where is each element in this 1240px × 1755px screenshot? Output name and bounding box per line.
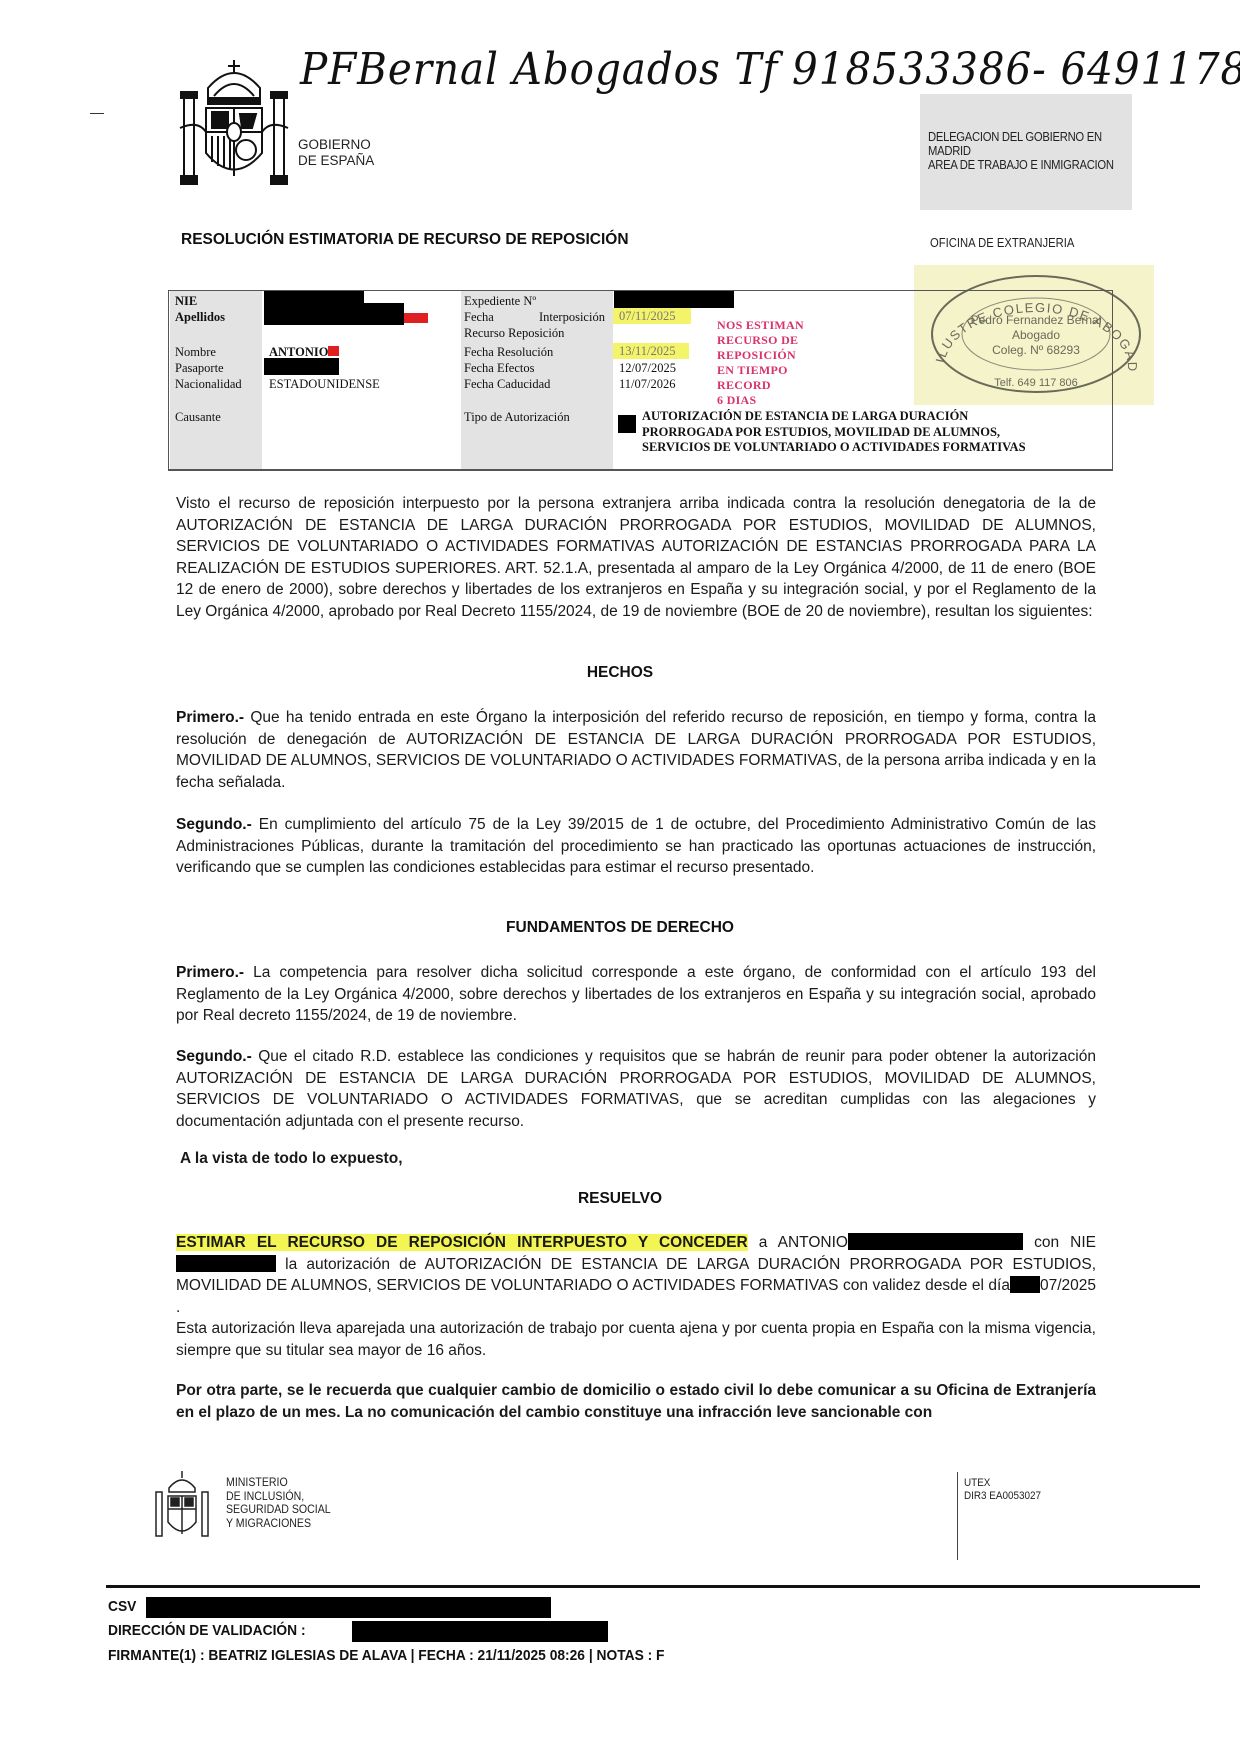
- ministry-label: MINISTERIO DE INCLUSIÓN, SEGURIDAD SOCIA…: [226, 1477, 331, 1531]
- hechos-segundo-label: Segundo.-: [176, 816, 252, 833]
- fecha-interposicion-value: 07/11/2025: [613, 308, 691, 324]
- annotation-line: EN TIEMPO: [717, 363, 804, 378]
- fecha-interposicion-label-1: Fecha: [464, 309, 494, 325]
- hechos-heading: HECHOS: [0, 664, 1240, 682]
- fundamentos-primero-text: La competencia para resolver dicha solic…: [176, 964, 1096, 1024]
- ministry-line-1: MINISTERIO: [226, 1477, 331, 1491]
- surname-redaction: [848, 1233, 1023, 1250]
- validation-redaction: [352, 1621, 608, 1642]
- tipo-autorizacion-label: Tipo de Autorización: [464, 409, 570, 425]
- delegation-text: DELEGACION DEL GOBIERNO EN MADRID AREA D…: [928, 130, 1114, 172]
- intro-paragraph: Visto el recurso de reposición interpues…: [176, 493, 1096, 622]
- ministry-coat-of-arms-icon: [153, 1470, 211, 1542]
- expediente-label: Expediente Nº: [464, 293, 536, 309]
- handwritten-annotation: NOS ESTIMAN RECURSO DE REPOSICIÓN EN TIE…: [717, 318, 804, 408]
- fundamentos-segundo-label: Segundo.-: [176, 1048, 252, 1065]
- notice-paragraph: Por otra parte, se le recuerda que cualq…: [176, 1380, 1096, 1423]
- record-table: NIE Apellidos Nombre ANTONIO Pasaporte N…: [168, 290, 1113, 471]
- resuelvo-highlighted: ESTIMAR EL RECURSO DE REPOSICIÓN INTERPU…: [176, 1234, 748, 1251]
- document-title: RESOLUCIÓN ESTIMATORIA DE RECURSO DE REP…: [181, 231, 629, 249]
- fundamentos-primero-label: Primero.-: [176, 964, 244, 981]
- annotation-line: REPOSICIÓN: [717, 348, 804, 363]
- resuelvo-part-2: con NIE: [1023, 1234, 1096, 1251]
- hechos-primero-text: Que ha tenido entrada en este Órgano la …: [176, 709, 1096, 791]
- coat-of-arms-icon: [178, 58, 290, 188]
- fecha-interposicion-label-2: Interposición: [539, 309, 605, 325]
- apellidos-label: Apellidos: [175, 309, 225, 325]
- tipo-line-2: PRORROGADA POR ESTUDIOS, MOVILIDAD DE AL…: [642, 425, 1026, 441]
- ministry-line-4: Y MIGRACIONES: [226, 1518, 331, 1532]
- utex-line-2: DIR3 EA0053027: [964, 1490, 1041, 1503]
- date-redaction: [1010, 1276, 1040, 1293]
- pasaporte-label: Pasaporte: [175, 360, 224, 376]
- hechos-primero-label: Primero.-: [176, 709, 244, 726]
- signer-line: FIRMANTE(1) : BEATRIZ IGLESIAS DE ALAVA …: [108, 1647, 664, 1664]
- fecha-resolucion-value: 13/11/2025: [613, 343, 689, 359]
- fecha-caducidad-value: 11/07/2026: [619, 376, 675, 392]
- tipo-line-1: AUTORIZACIÓN DE ESTANCIA DE LARGA DURACI…: [642, 409, 1026, 425]
- tipo-line-3: SERVICIOS DE VOLUNTARIADO O ACTIVIDADES …: [642, 440, 1026, 456]
- nacionalidad-label: Nacionalidad: [175, 376, 242, 392]
- csv-label: CSV: [108, 1598, 136, 1615]
- delegation-line-3: AREA DE TRABAJO E INMIGRACION: [928, 158, 1114, 172]
- delegation-line-2: MADRID: [928, 144, 1114, 158]
- fecha-resolucion-label: Fecha Resolución: [464, 344, 553, 360]
- nombre-red-mark: [328, 346, 339, 356]
- ministry-line-2: DE INCLUSIÓN,: [226, 1491, 331, 1505]
- hechos-segundo-text: En cumplimiento del artículo 75 de la Le…: [176, 816, 1096, 876]
- fecha-interposicion-label-3: Recurso Reposición: [464, 325, 564, 341]
- footer-divider: [957, 1472, 958, 1560]
- office-label: OFICINA DE EXTRANJERIA: [930, 236, 1074, 250]
- delegation-line-1: DELEGACION DEL GOBIERNO EN: [928, 130, 1114, 144]
- government-line-2: DE ESPAÑA: [298, 153, 374, 169]
- annotation-line: NOS ESTIMAN: [717, 318, 804, 333]
- resuelvo-work-note: Esta autorización lleva aparejada una au…: [176, 1320, 1096, 1359]
- footer-rule: [106, 1585, 1200, 1588]
- fundamentos-segundo: Segundo.- Que el citado R.D. establece l…: [176, 1046, 1096, 1132]
- hechos-segundo: Segundo.- En cumplimiento del artículo 7…: [176, 814, 1096, 879]
- utex-code: UTEX DIR3 EA0053027: [964, 1477, 1041, 1503]
- expediente-redaction: [614, 291, 734, 308]
- government-line-1: GOBIERNO: [298, 137, 374, 153]
- resuelvo-heading: RESUELVO: [0, 1190, 1240, 1208]
- government-label: GOBIERNO DE ESPAÑA: [298, 137, 374, 169]
- nie-label: NIE: [175, 293, 197, 309]
- resuelvo-part-3: la autorización de AUTORIZACIÓN DE ESTAN…: [176, 1256, 1096, 1295]
- margin-mark: [90, 113, 104, 114]
- annotation-line: RECURSO DE: [717, 333, 804, 348]
- fundamentos-segundo-text: Que el citado R.D. establece las condici…: [176, 1048, 1096, 1130]
- resuelvo-part-1: a ANTONIO: [748, 1234, 848, 1251]
- handwritten-lawyer-note: PFBernal Abogados Tf 918533386- 64911780…: [300, 44, 1240, 95]
- fecha-efectos-label: Fecha Efectos: [464, 360, 534, 376]
- apellidos-redaction: [264, 303, 404, 325]
- annotation-line: RECORD: [717, 378, 804, 393]
- nie-inline-redaction: [176, 1255, 276, 1272]
- nie-redaction: [264, 291, 364, 303]
- validation-label: DIRECCIÓN DE VALIDACIÓN :: [108, 1622, 306, 1639]
- csv-redaction: [146, 1597, 551, 1618]
- utex-line-1: UTEX: [964, 1477, 1041, 1490]
- ministry-line-3: SEGURIDAD SOCIAL: [226, 1504, 331, 1518]
- vista-line: A la vista de todo lo expuesto,: [180, 1148, 1100, 1170]
- resuelvo-paragraph: ESTIMAR EL RECURSO DE REPOSICIÓN INTERPU…: [176, 1232, 1096, 1361]
- pasaporte-redaction: [264, 358, 339, 375]
- tipo-autorizacion-value: AUTORIZACIÓN DE ESTANCIA DE LARGA DURACI…: [642, 409, 1026, 456]
- apellidos-red-mark: [404, 313, 428, 323]
- nombre-label: Nombre: [175, 344, 216, 360]
- fundamentos-heading: FUNDAMENTOS DE DERECHO: [0, 919, 1240, 937]
- fecha-caducidad-label: Fecha Caducidad: [464, 376, 550, 392]
- causante-label: Causante: [175, 409, 221, 425]
- fecha-efectos-value: 12/07/2025: [619, 360, 676, 376]
- fundamentos-primero: Primero.- La competencia para resolver d…: [176, 962, 1096, 1027]
- nacionalidad-value: ESTADOUNIDENSE: [269, 376, 380, 392]
- annotation-line: 6 DIAS: [717, 393, 804, 408]
- hechos-primero: Primero.- Que ha tenido entrada en este …: [176, 707, 1096, 793]
- tipo-checkbox-mark: [618, 415, 636, 433]
